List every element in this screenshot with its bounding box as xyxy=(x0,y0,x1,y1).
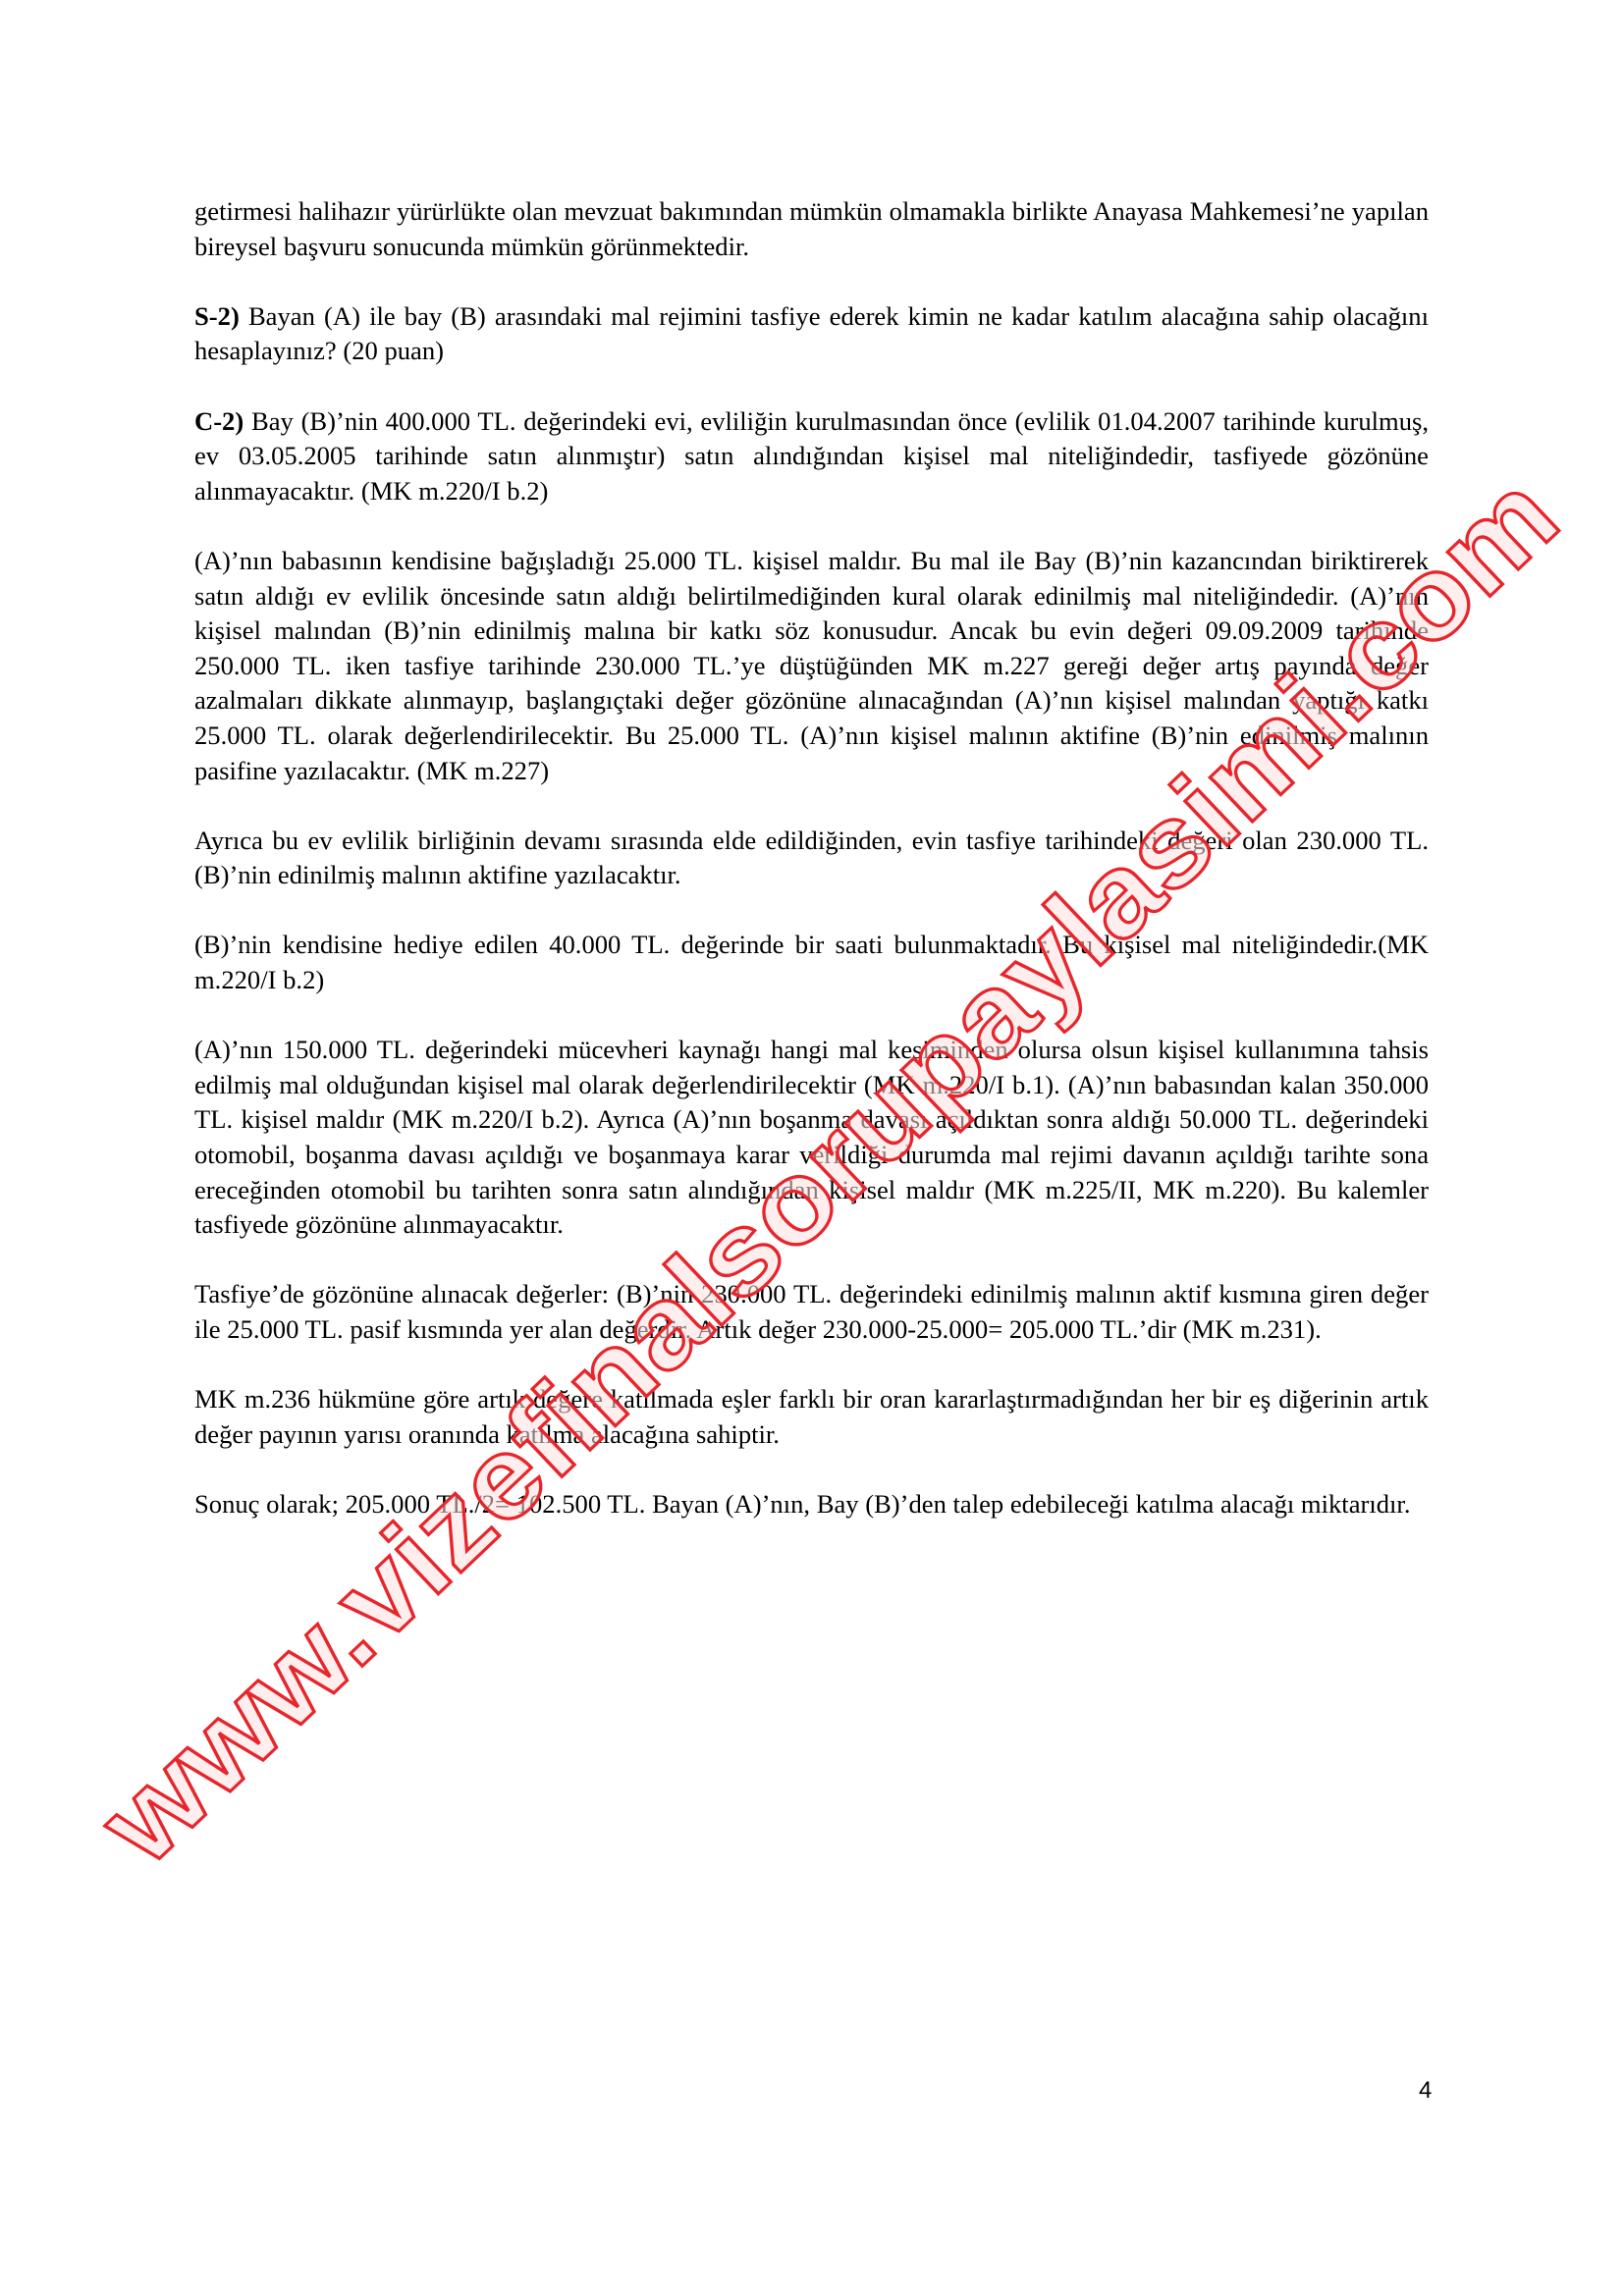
paragraph-watch: (B)’nin kendisine hediye edilen 40.000 T… xyxy=(194,928,1429,997)
paragraph-personal-assets: (A)’nın 150.000 TL. değerindeki mücevher… xyxy=(194,1033,1429,1243)
answer-label: C-2) xyxy=(194,406,244,436)
page-number: 4 xyxy=(1419,2077,1432,2105)
document-page: getirmesi halihazır yürürlükte olan mevz… xyxy=(0,0,1624,2296)
paragraph-conclusion: Sonuç olarak; 205.000 TL./2= 102.500 TL.… xyxy=(194,1487,1429,1522)
paragraph-mk236: MK m.236 hükmüne göre artık değere katıl… xyxy=(194,1382,1429,1452)
paragraph-contribution: (A)’nın babasının kendisine bağışladığı … xyxy=(194,544,1429,788)
answer-c2: C-2) Bay (B)’nin 400.000 TL. değerindeki… xyxy=(194,404,1429,509)
paragraph-house-asset: Ayrıca bu ev evlilik birliğinin devamı s… xyxy=(194,824,1429,893)
paragraph-liquidation-values: Tasfiye’de gözönüne alınacak değerler: (… xyxy=(194,1277,1429,1347)
question-s2: S-2) Bayan (A) ile bay (B) arasındaki ma… xyxy=(194,299,1429,369)
document-body: getirmesi halihazır yürürlükte olan mevz… xyxy=(194,194,1429,1557)
question-label: S-2) xyxy=(194,301,240,331)
paragraph-intro: getirmesi halihazır yürürlükte olan mevz… xyxy=(194,194,1429,264)
